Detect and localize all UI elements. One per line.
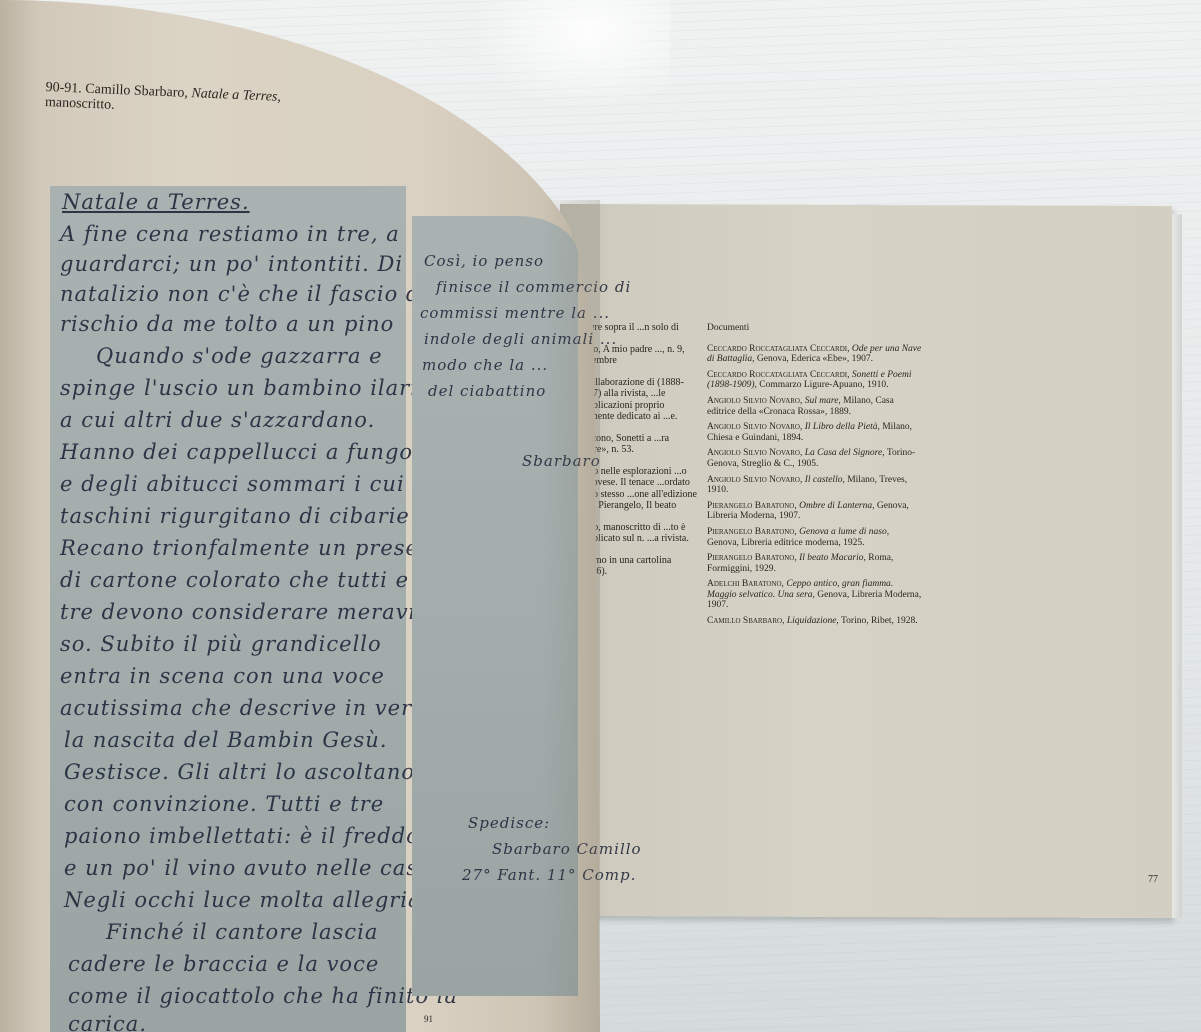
manuscript-line: con convinzione. Tutti e tre (64, 792, 384, 816)
document-entry: Ceccardo Roccatagliata Ceccardi, Sonetti… (707, 370, 922, 391)
manuscript-line: spinge l'uscio un bambino ilario (60, 376, 432, 400)
manuscript-line: carica. (68, 1012, 147, 1032)
document-entry: Angiolo Silvio Novaro, Il Libro della Pi… (707, 422, 922, 443)
document-entry: Ceccardo Roccatagliata Ceccardi, Ode per… (707, 344, 922, 365)
manuscript-line: Gestisce. Gli altri lo ascoltano (64, 760, 415, 784)
document-entry: Pierangelo Baratono, Ombre di Lanterna, … (707, 501, 922, 522)
manuscript-line: rischio da me tolto a un pino (60, 312, 394, 336)
manuscript-line: taschini rigurgitano di cibarie. (60, 504, 418, 528)
page-number-left: 91 (424, 1014, 433, 1024)
manuscript-line: paiono imbellettati: è il freddo (64, 824, 420, 848)
manuscript-line: tre devono considerare meraviglio- (60, 600, 468, 624)
manuscript-line: di cartone colorato che tutti e (60, 568, 409, 592)
manuscript-line: Così, io penso (424, 252, 544, 270)
manuscript-line: Hanno dei cappellucci a fungo (60, 440, 413, 464)
manuscript-line: so. Subito il più grandicello (60, 632, 382, 656)
manuscript-line: finisce il commercio di (436, 278, 631, 296)
document-entry: Angiolo Silvio Novaro, Il castello, Mila… (707, 475, 922, 496)
document-entry: Angiolo Silvio Novaro, La Casa del Signo… (707, 448, 922, 469)
document-entry: Pierangelo Baratono, Il beato Macario, R… (707, 553, 922, 574)
manuscript-photo-1: Natale a Terres. A fine cena restiamo in… (50, 186, 406, 1032)
documents-column: Documenti Ceccardo Roccatagliata Ceccard… (707, 323, 922, 632)
manuscript-title: Natale a Terres. (62, 190, 250, 214)
manuscript-line: Negli occhi luce molta allegria. (64, 888, 429, 912)
caption-number: 90-91. (45, 80, 82, 97)
manuscript-line: del ciabattino (428, 382, 546, 400)
manuscript-line: a cui altri due s'azzardano. (60, 408, 375, 432)
manuscript-line: natalizio non c'è che il fascio di (60, 282, 428, 306)
document-entry: Camillo Sbarbaro, Liquidazione, Torino, … (707, 616, 922, 627)
caption-rest: manoscritto. (45, 95, 115, 113)
manuscript-line: guardarci; un po' intontiti. Di (60, 252, 403, 276)
manuscript-line: la nascita del Bambin Gesù. (64, 728, 388, 752)
document-entry: Angiolo Silvio Novaro, Sul mare, Milano,… (707, 396, 922, 417)
manuscript-line: acutissima che descrive in versi (60, 696, 432, 720)
manuscript-line: come il giocattolo che ha finito la (68, 984, 458, 1008)
manuscript-line: entra in scena con una voce (60, 664, 385, 688)
manuscript-line: e un po' il vino avuto nelle case. (64, 856, 439, 880)
manuscript-line: Recano trionfalmente un presepe (60, 536, 447, 560)
manuscript-line: modo che la ... (422, 356, 548, 374)
document-entry: Pierangelo Baratono, Genova a lume di na… (707, 527, 922, 548)
light-glare (470, 0, 670, 110)
page-number-right: 77 (1148, 874, 1158, 885)
documents-heading: Documenti (707, 323, 922, 334)
caption-title: Natale a Terres, (191, 86, 281, 105)
manuscript-postscript: Spedisce: (468, 814, 550, 832)
manuscript-line: Quando s'ode gazzarra e (96, 344, 383, 368)
page-stack-edge (1172, 214, 1182, 918)
manuscript-line: cadere le braccia e la voce (68, 952, 379, 976)
page-shadow (0, 0, 40, 1032)
document-entry: Adelchi Baratono, Ceppo antico, gran fia… (707, 579, 922, 611)
manuscript-line: e degli abitucci sommari i cui (60, 472, 405, 496)
manuscript-line: Finché il cantore lascia (106, 920, 378, 944)
manuscript-line: A fine cena restiamo in tre, a (60, 222, 400, 246)
gutter-shadow (540, 200, 600, 1032)
